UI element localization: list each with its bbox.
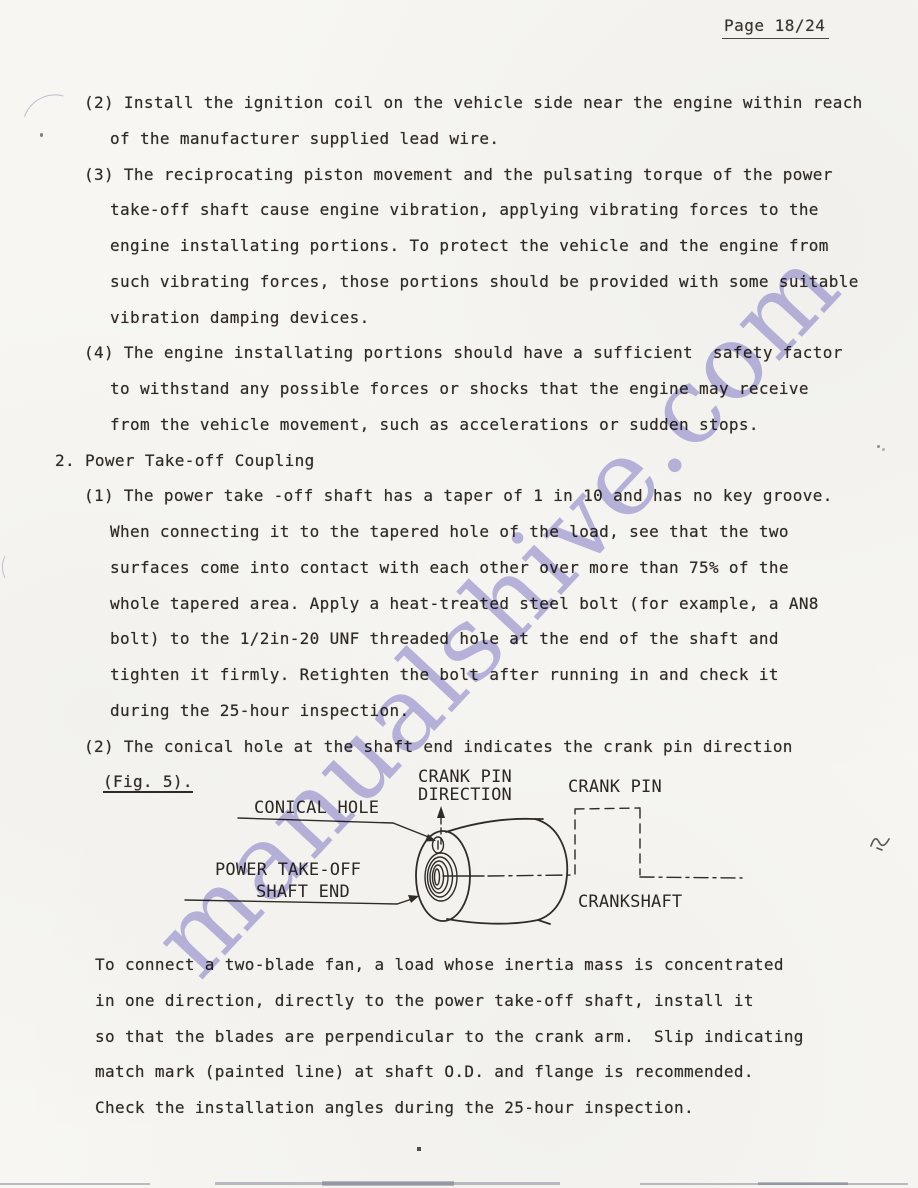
document-line: (3) The reciprocating piston movement an… <box>0 157 918 193</box>
document-line: such vibrating forces, those portions sh… <box>0 264 918 300</box>
crankshaft-centerline <box>640 877 742 878</box>
document-line: (2) Install the ignition coil on the veh… <box>0 85 918 121</box>
document-line: so that the blades are perpendicular to … <box>0 1019 918 1055</box>
figure-5-diagram: CRANK PIN DIRECTION CRANK PIN CONICAL HO… <box>90 758 790 953</box>
crank-pin-direction-arrowhead <box>437 806 445 818</box>
page-number: Page 18/24 <box>722 16 829 39</box>
scan-artifact-noise-band <box>0 1180 918 1188</box>
document-body: (2) Install the ignition coil on the veh… <box>0 85 918 1126</box>
document-line: during the 25-hour inspection. <box>0 693 918 729</box>
leader-conical-hole <box>238 818 431 838</box>
cylinder-back-arc <box>535 819 567 920</box>
document-line: surfaces come into contact with each oth… <box>0 550 918 586</box>
threaded-hole-thread <box>435 869 440 885</box>
label-crank-pin-direction-2: DIRECTION <box>418 785 512 805</box>
centerline-dashdot <box>488 875 573 876</box>
document-line: (4) The engine installating portions sho… <box>0 335 918 371</box>
cylinder-top-edge <box>446 819 543 832</box>
label-pto-2: SHAFT END <box>256 882 350 902</box>
document-line: match mark (painted line) at shaft O.D. … <box>0 1054 918 1090</box>
label-pto-1: POWER TAKE-OFF <box>215 860 361 880</box>
document-line: from the vehicle movement, such as accel… <box>0 407 918 443</box>
document-line: whole tapered area. Apply a heat-treated… <box>0 586 918 622</box>
scanned-page: Page 18/24 (2) Install the ignition coil… <box>0 0 918 1188</box>
document-line: (1) The power take -off shaft has a tape… <box>0 478 918 514</box>
label-conical-hole: CONICAL HOLE <box>254 798 379 818</box>
document-line: engine installating portions. To protect… <box>0 228 918 264</box>
label-crankshaft: CRANKSHAFT <box>578 892 682 912</box>
document-line: in one direction, directly to the power … <box>0 983 918 1019</box>
document-line: When connecting it to the tapered hole o… <box>0 514 918 550</box>
document-line: Check the installation angles during the… <box>0 1090 918 1126</box>
leader-pto-arrowhead <box>408 895 419 903</box>
section-heading: 2. Power Take-off Coupling <box>0 443 918 479</box>
cylinder-bottom-edge <box>447 919 550 924</box>
label-crank-pin: CRANK PIN <box>568 777 662 797</box>
document-line: vibration damping devices. <box>0 300 918 336</box>
label-crank-pin-direction-1: CRANK PIN <box>418 767 512 787</box>
document-line: tighten it firmly. Retighten the bolt af… <box>0 657 918 693</box>
document-line: of the manufacturer supplied lead wire. <box>0 121 918 157</box>
crank-pin-top-edge <box>575 808 640 809</box>
scan-artifact-dot <box>417 1147 421 1151</box>
document-line: to withstand any possible forces or shoc… <box>0 371 918 407</box>
document-line: take-off shaft cause engine vibration, a… <box>0 192 918 228</box>
document-line: bolt) to the 1/2in-20 UNF threaded hole … <box>0 621 918 657</box>
